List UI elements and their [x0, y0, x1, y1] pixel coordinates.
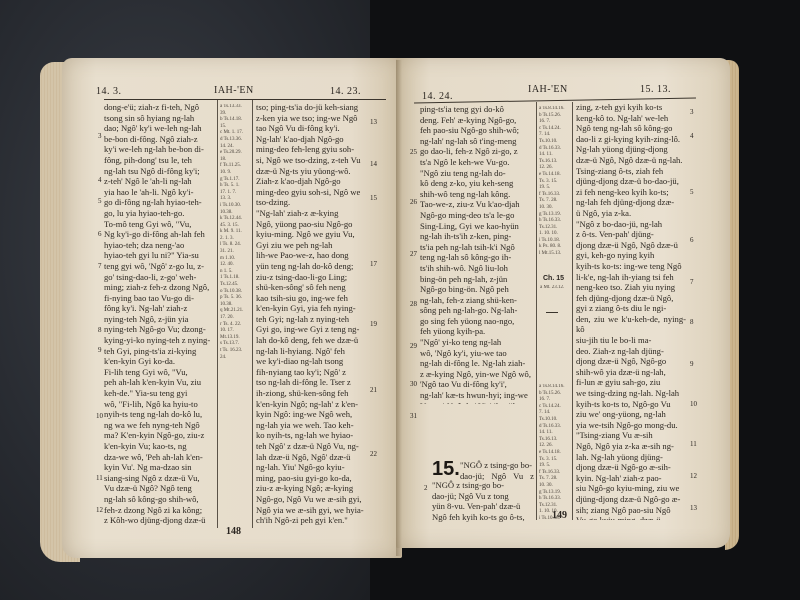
verse-number: 21 [370, 386, 377, 394]
right-header-ref-start: 14. 24. [422, 91, 453, 102]
verse-number: 13 [370, 118, 377, 126]
left-page-number: 148 [226, 526, 241, 537]
verse-number: 6 [690, 236, 694, 244]
verse-number: 28 [410, 300, 417, 308]
verse-number: 4 [690, 132, 694, 140]
verse-number: 5 [690, 188, 694, 196]
verse-number: 9 [98, 346, 102, 354]
right-header-ref-end: 15. 13. [640, 84, 671, 95]
verse-number: 2 [424, 484, 428, 492]
verse-number: 4 [98, 176, 102, 184]
verse-number: 12 [96, 506, 103, 514]
verse-number: 25 [410, 148, 417, 156]
right-running-title: IAH-'EN [528, 84, 568, 95]
verse-number: 8 [98, 326, 102, 334]
verse-number: 6 [98, 230, 102, 238]
verse-number: 10 [690, 400, 697, 408]
verse-number: 9 [690, 360, 694, 368]
verse-number: 8 [690, 318, 694, 326]
verse-number: 10 [96, 412, 103, 420]
left-text-column-1: dong-e'ü; ziah-z fi-teh, Ngô tsong sin s… [104, 102, 212, 527]
verse-number: 19 [370, 320, 377, 328]
right-margin-references-top: a Ts.8.14.16. b Ts.15.26. 16. 7. c Ts.14… [539, 106, 571, 266]
left-column-divider-2 [252, 100, 253, 528]
verse-number: 3 [690, 108, 694, 116]
chapter-separator-dash [546, 312, 558, 313]
verse-number: 22 [370, 450, 377, 458]
left-header-rule [104, 99, 386, 100]
chapter-number-heading: 15. [432, 458, 460, 481]
verse-number: 5 [98, 197, 102, 205]
verse-number: 11 [96, 474, 103, 482]
verse-number: 12 [690, 472, 697, 480]
verse-number: 7 [98, 262, 102, 270]
right-margin-references-bottom: a Ts.8.14.16. b Ts.15.26. 16. 7. c Ts.14… [539, 384, 571, 520]
verse-number: 26 [410, 198, 417, 206]
chapter-label-ref: a Mt. 23.12. [540, 285, 572, 295]
verse-number: 3 [98, 132, 102, 140]
left-header-ref-start: 14. 3. [96, 86, 122, 97]
verse-number: 30 [410, 380, 417, 388]
verse-number: 14 [370, 160, 377, 168]
verse-number: 15 [370, 194, 377, 202]
left-margin-references: a Ts.13.33. 39. b Ts.14.18. 15. c Mt. 1.… [220, 104, 250, 528]
verse-number: 13 [690, 504, 697, 512]
right-text-column-2: zing, z-teh gyi kyih ko-ts keng-kô to. N… [576, 102, 686, 520]
right-page-number: 149 [552, 510, 567, 521]
chapter-opening-text-head: "NGÔ z tsing-go bo- dao-jü; Ngô Vu z ton… [460, 460, 534, 482]
verse-number: 27 [410, 250, 417, 258]
left-header-ref-end: 14. 23. [330, 86, 361, 97]
chapter-label: Ch. 15 [543, 275, 564, 282]
left-column-divider-1 [217, 100, 218, 528]
verse-number: 31 [410, 412, 417, 420]
verse-number: 29 [410, 342, 417, 350]
left-running-title: IAH-'EN [214, 85, 254, 96]
left-text-column-2: tso; ping-ts'ia do-jü keh-siang z-ken yi… [256, 102, 368, 527]
right-column-divider-2 [572, 102, 573, 520]
right-column-divider-1 [536, 102, 537, 520]
right-text-column-1: ping-ts'ia teng gyi do-kô deng. Feh' æ-k… [420, 104, 532, 404]
verse-number: 11 [690, 440, 697, 448]
verse-number: 7 [690, 278, 694, 286]
chapter-opening-text: "NGÔ z tsing-go bo- dao-jü; Ngô Vu z ton… [432, 480, 534, 522]
verse-number: 17 [370, 260, 377, 268]
book-gutter-shadow [396, 60, 402, 556]
